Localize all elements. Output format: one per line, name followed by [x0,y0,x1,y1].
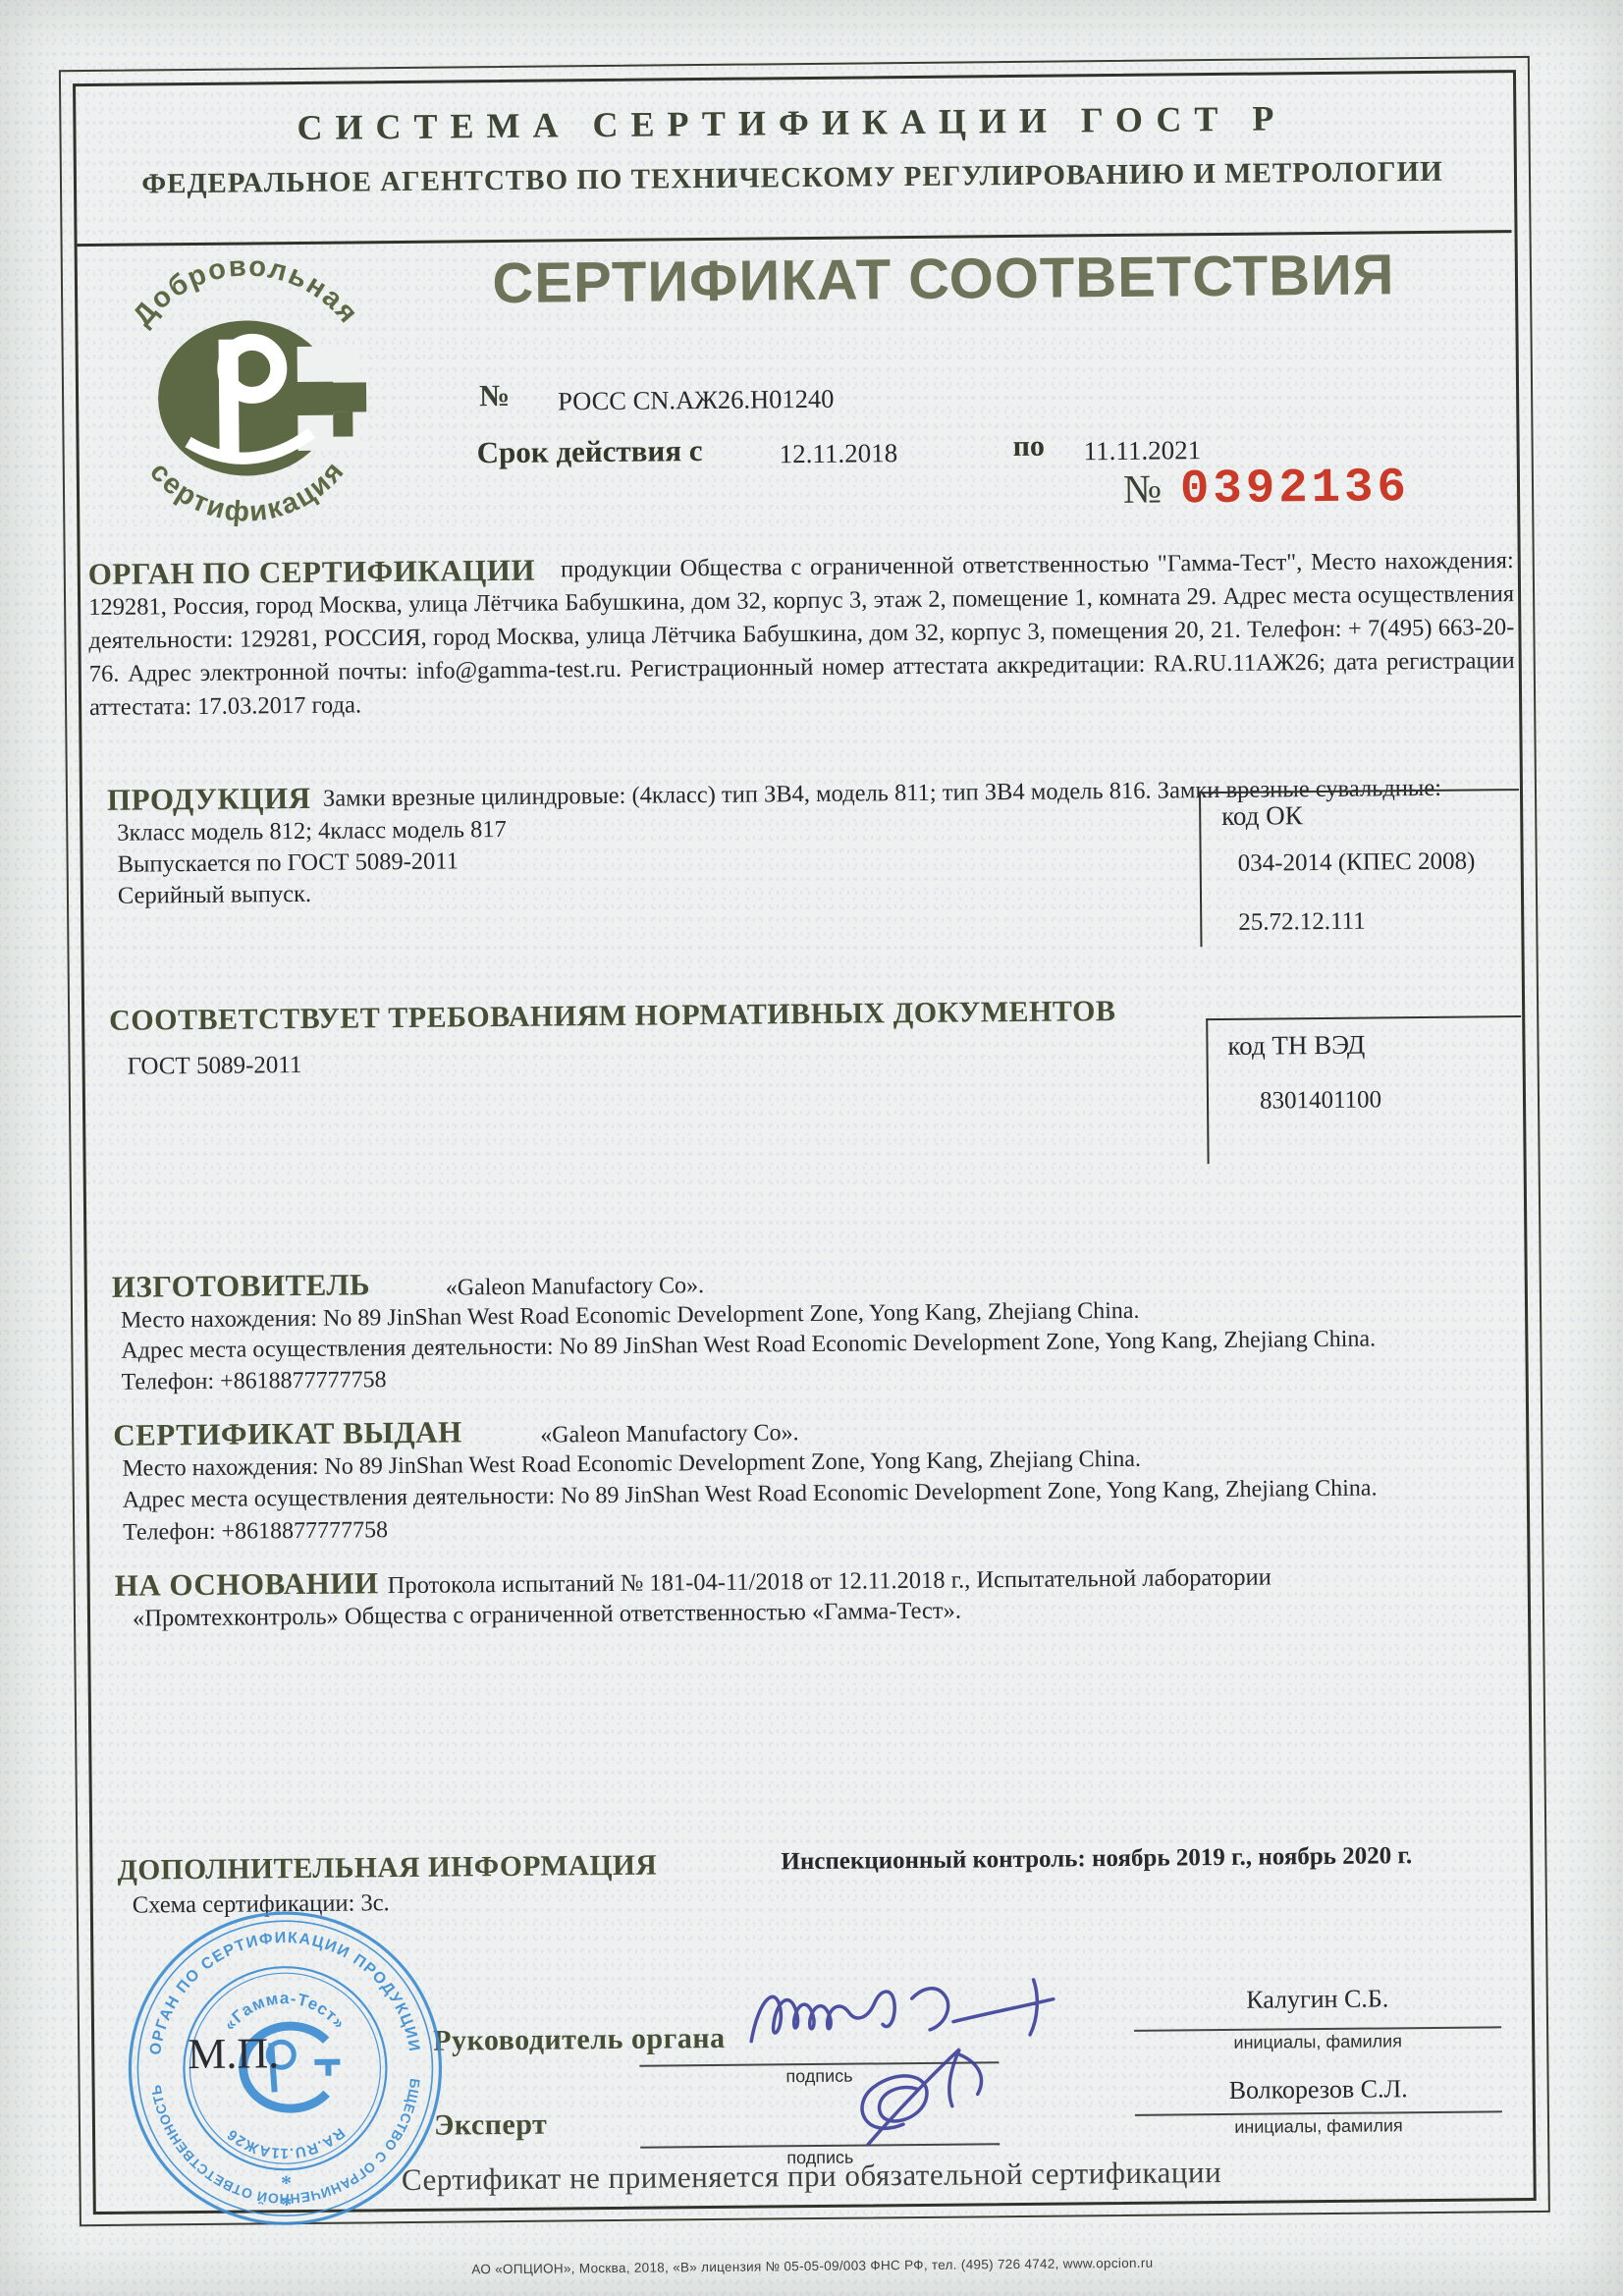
expert-name-caption: инициалы, фамилия [1135,2114,1502,2139]
code-tnved-label: код ТН ВЭД [1227,1030,1365,1062]
stamp-star-2: * [281,2192,292,2216]
issued-to-heading: СЕРТИФИКАТ ВЫДАН [113,1414,462,1452]
production-line2: 3класс модель 812; 4класс модель 817 [117,816,507,847]
code-ok-value1: 034-2014 (КПЕС 2008) [1238,848,1476,878]
validity-po-label: по [1012,430,1045,464]
certificate-page: СИСТЕМА СЕРТИФИКАЦИИ ГОСТ Р ФЕДЕРАЛЬНОЕ … [0,0,1623,2296]
scanned-sheet: СИСТЕМА СЕРТИФИКАЦИИ ГОСТ Р ФЕДЕРАЛЬНОЕ … [0,0,1623,2296]
serial-number-value: 0392136 [1180,460,1410,517]
production-line3: Выпускается по ГОСТ 5089-2011 [118,847,460,878]
validity-date-from: 12.11.2018 [780,438,898,469]
issued-to-name: «Galeon Manufactory Co». [540,1420,799,1449]
additional-info-heading: ДОПОЛНИТЕЛЬНАЯ ИНФОРМАЦИЯ [117,1850,657,1887]
expert-name: Волкорезов С.Л. [1135,2073,1502,2106]
head-name-caption: инициалы, фамилия [1134,2030,1501,2054]
certification-body-heading: ОРГАН ПО СЕРТИФИКАЦИИ [88,554,536,591]
expert-handwritten-signature [839,2042,1076,2152]
manufacturer-name: «Galeon Manufactory Co». [446,1273,705,1302]
issued-to-line3: Телефон: +8618877777758 [123,1517,388,1547]
manufacturer-line3: Телефон: +8618877777758 [122,1367,387,1396]
svg-text:Добровольная: Добровольная [127,249,365,332]
certification-stamp: ОРГАН ПО СЕРТИФИКАЦИИ ПРОДУКЦИИ ОБЩЕСТВО… [126,1909,445,2228]
validity-label: Срок действия с [476,433,702,470]
production-line4: Серийный выпуск. [118,881,311,910]
svg-text:RA.RU.11АЖ26: RA.RU.11АЖ26 [224,2124,349,2162]
production-heading: ПРОДУКЦИЯ [107,781,311,818]
stamp-place-label: М.П. [188,2028,279,2079]
cert-number-label: № [479,378,511,413]
expert-label: Эксперт [434,2108,548,2143]
logo-arc-top-text: Добровольная [127,249,365,332]
stamp-accreditation-text: RA.RU.11АЖ26 [224,2124,349,2162]
manufacturer-heading: ИЗГОТОВИТЕЛЬ [112,1267,371,1305]
serial-number-sign: № [1123,465,1163,513]
code-tnved-value: 8301401100 [1260,1086,1381,1115]
cert-number-value: РОСС CN.АЖ26.Н01240 [558,384,835,417]
printer-fine-print: АО «ОПЦИОН», Москва, 2018, «В» лицензия … [93,2252,1531,2280]
certificate-title: СЕРТИФИКАТ СООТВЕТСТВИЯ [395,241,1493,317]
head-of-body-label: Руководитель органа [433,2022,726,2058]
conforms-value: ГОСТ 5089-2011 [127,1052,301,1081]
certification-body-section: ОРГАН ПО СЕРТИФИКАЦИИ продукции Общества… [88,544,1516,725]
code-ok-value2: 25.72.12.111 [1238,908,1366,937]
rst-logo-icon: Добровольная сертификация [108,247,398,535]
code-ok-label: код ОК [1221,800,1303,832]
basis-heading: НА ОСНОВАНИИ [115,1565,379,1604]
head-name: Калугин С.Б. [1134,1983,1501,2016]
